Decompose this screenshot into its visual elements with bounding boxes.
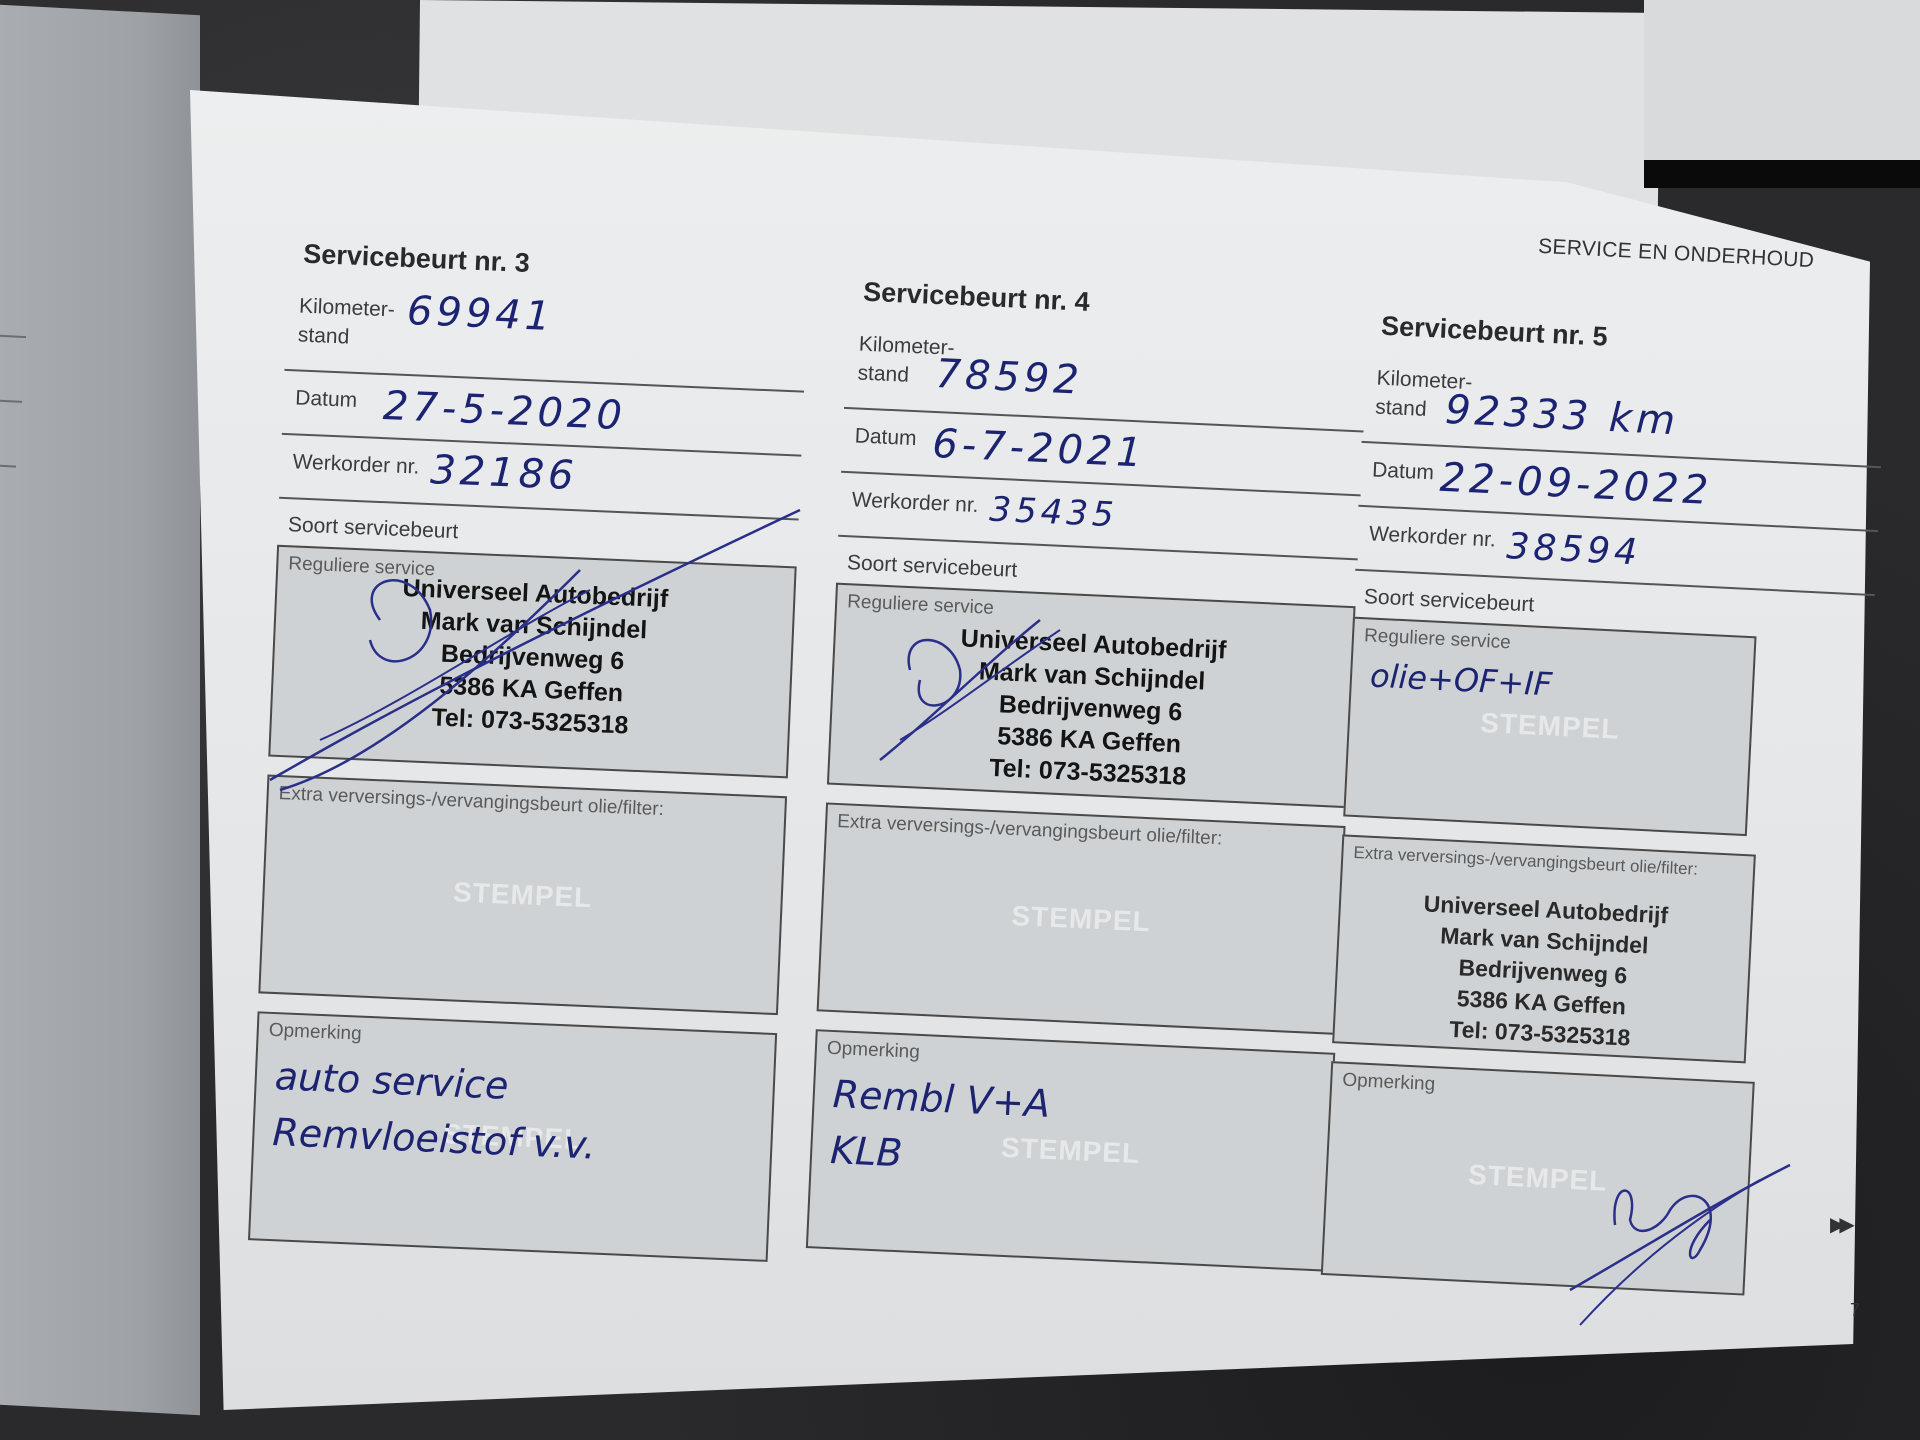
opmerking-label: Opmerking <box>268 1020 362 1046</box>
reguliere-label: Reguliere service <box>847 591 995 620</box>
extra-label: Extra verversings-/vervangingsbeurt olie… <box>837 811 1223 850</box>
left-page-rule <box>0 400 22 403</box>
kilometerstand-value: 78592 <box>935 351 1084 404</box>
werkorder-label: Werkorder nr. <box>851 485 979 520</box>
datum-label: Datum <box>295 383 358 415</box>
company-stamp: Universeel Autobedrijf Mark van Schijnde… <box>829 617 1352 800</box>
stempel-placeholder: STEMPEL <box>823 891 1340 946</box>
datum-value: 6-7-2021 <box>931 421 1146 477</box>
extra-label: Extra verversings-/vervangingsbeurt olie… <box>1353 843 1698 880</box>
page-number: 7 <box>1850 1300 1860 1321</box>
opmerking-box[interactable]: Opmerking STEMPEL <box>1321 1061 1755 1295</box>
werkorder-value: 38594 <box>1506 526 1642 574</box>
left-page-rule <box>0 465 16 468</box>
kilometerstand-field[interactable]: Kilometer-stand 69941 <box>284 283 807 393</box>
opmerking-label: Opmerking <box>826 1038 920 1064</box>
left-facing-page <box>0 5 200 1415</box>
extra-label: Extra verversings-/vervangingsbeurt olie… <box>278 783 664 821</box>
opmerking-box[interactable]: Opmerking STEMPEL auto service Remvloeis… <box>248 1011 777 1262</box>
background-sheet-right <box>1644 0 1920 160</box>
service-entry-3: Servicebeurt nr. 3 Kilometer-stand 69941… <box>247 238 809 1280</box>
company-stamp: Universeel Autobedrijf Mark van Schijnde… <box>272 567 794 748</box>
datum-label: Datum <box>854 421 917 453</box>
reguliere-service-box[interactable]: Reguliere service Universeel Autobedrijf… <box>827 583 1356 808</box>
werkorder-value: 32186 <box>429 447 578 499</box>
opmerking-text: Rembl V+A KLB <box>829 1066 1051 1188</box>
extra-service-box[interactable]: Extra verversings-/vervangingsbeurt olie… <box>258 775 787 1016</box>
datum-value: 27-5-2020 <box>382 383 627 439</box>
werkorder-value: 35435 <box>989 490 1119 536</box>
double-triangle-right-icon: ▶▶ <box>1830 1212 1849 1237</box>
opmerking-text: auto service Remvloeistof v.v. <box>271 1048 599 1173</box>
extra-service-box[interactable]: Extra verversings-/vervangingsbeurt olie… <box>1332 834 1756 1063</box>
left-page-rule <box>0 335 26 338</box>
kilometerstand-label-2: stand <box>297 321 394 354</box>
opmerking-box[interactable]: Opmerking STEMPEL Rembl V+A KLB <box>806 1029 1335 1271</box>
reguliere-service-box[interactable]: Reguliere service Universeel Autobedrijf… <box>268 545 796 779</box>
kilometerstand-value: 92333 km <box>1444 387 1680 444</box>
opmerking-label: Opmerking <box>1342 1070 1436 1097</box>
stempel-placeholder: STEMPEL <box>264 868 781 922</box>
extra-service-box[interactable]: Extra verversings-/vervangingsbeurt olie… <box>817 802 1346 1034</box>
werkorder-label: Werkorder nr. <box>1368 519 1496 555</box>
datum-label: Datum <box>1371 455 1434 487</box>
stempel-placeholder: STEMPEL <box>1327 1152 1748 1204</box>
kilometerstand-label: Kilometer- <box>299 291 396 324</box>
datum-value: 22-09-2022 <box>1439 455 1713 514</box>
werkorder-label: Werkorder nr. <box>292 447 420 482</box>
kilometerstand-value: 69941 <box>406 288 555 340</box>
service-entry-4: Servicebeurt nr. 4 Kilometer-stand 78592… <box>805 276 1369 1290</box>
service-entry-5: Servicebeurt nr. 5 Kilometer-stand 92333… <box>1320 310 1887 1318</box>
company-stamp: Universeel Autobedrijf Mark van Schijnde… <box>1334 884 1751 1059</box>
reguliere-service-box[interactable]: Reguliere service olie+OF+IF STEMPEL <box>1343 617 1756 836</box>
